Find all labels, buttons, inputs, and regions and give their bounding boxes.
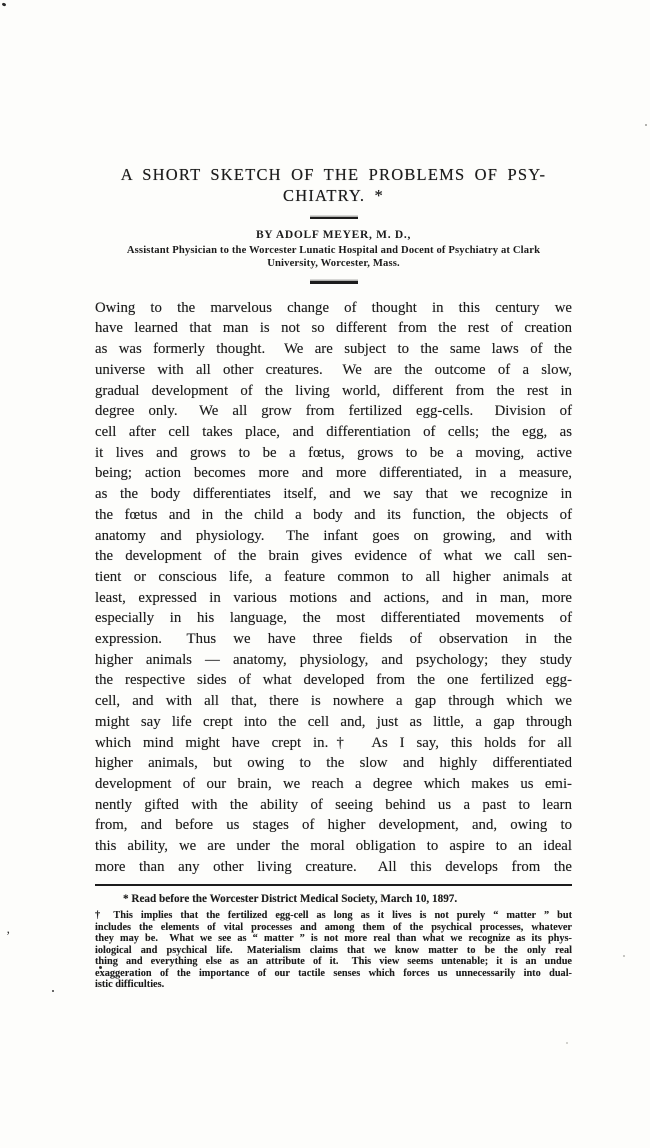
scan-speck — [52, 990, 54, 992]
body-text-line: expression. Thus we have three fields of… — [95, 629, 572, 650]
footnote-text-line: includes the elements of vital processes… — [95, 922, 572, 934]
paper-title: A SHORT SKETCH OF THE PROBLEMS OF PSY- C… — [95, 164, 572, 206]
ornament-rule-bottom — [310, 281, 358, 283]
scan-ink-mark: ’ — [6, 928, 10, 944]
body-paragraph: Owing to the marvelous change of thought… — [95, 298, 572, 878]
body-text-line: nently gifted with the ability of seeing… — [95, 795, 572, 816]
footnote-text-line: istic difficulties. — [95, 979, 572, 991]
ornament-rule-top — [310, 217, 358, 219]
paper-title-line-1: A SHORT SKETCH OF THE PROBLEMS OF PSY- — [121, 165, 546, 184]
text-column: A SHORT SKETCH OF THE PROBLEMS OF PSY- C… — [95, 164, 572, 991]
body-text-line: the fœtus and in the child a body and it… — [95, 505, 572, 526]
body-text-line: cell, and with all that, there is nowher… — [95, 691, 572, 712]
body-text-line: universe with all other creatures. We ar… — [95, 360, 572, 381]
body-text-line: anatomy and physiology. The infant goes … — [95, 526, 572, 547]
body-text-line: more than any other living creature. All… — [95, 857, 572, 878]
body-text-line: being; action becomes more and more diff… — [95, 463, 572, 484]
author-affiliation-line-2: University, Worcester, Mass. — [95, 258, 572, 271]
scanned-document-page: ’ A SHORT SKETCH OF THE PROBLEMS OF PSY-… — [0, 0, 650, 1148]
scan-speck — [623, 955, 625, 957]
body-text-line: cell after cell takes place, and differe… — [95, 422, 572, 443]
body-text-line: especially in his language, the most dif… — [95, 608, 572, 629]
scan-speck — [2, 2, 7, 6]
body-text-line: as was formerly thought. We are subject … — [95, 339, 572, 360]
body-text-line: as the body differentiates itself, and w… — [95, 484, 572, 505]
footnote-dagger-note: † This implies that the fertilized egg-c… — [95, 910, 572, 991]
scan-speck — [566, 1042, 568, 1044]
author-affiliation-line-1: Assistant Physician to the Worcester Lun… — [95, 245, 572, 258]
body-text-line: have learned that man is not so differen… — [95, 318, 572, 339]
paper-title-line-2: CHIATRY. * — [283, 186, 384, 205]
footnote-read-before: * Read before the Worcester District Med… — [95, 893, 572, 906]
body-text-line: degree only. We all grow from fertilized… — [95, 401, 572, 422]
footnote-text-line: thing and everything else as an attribut… — [95, 956, 572, 968]
body-text-line: development of our brain, we reach a deg… — [95, 774, 572, 795]
footnote-text-line: they may be. What we see as “ matter ” i… — [95, 933, 572, 945]
body-text-line: the development of the brain gives evide… — [95, 546, 572, 567]
body-text-line: this ability, we are under the moral obl… — [95, 836, 572, 857]
footnote-separator-rule — [95, 884, 572, 886]
body-text-line: from, and before us stages of higher dev… — [95, 815, 572, 836]
scan-speck — [645, 124, 647, 126]
body-text-line: it lives and grows to be a fœtus, grows … — [95, 443, 572, 464]
body-text-line: might say life crept into the cell and, … — [95, 712, 572, 733]
author-byline: BY ADOLF MEYER, M. D., — [95, 228, 572, 242]
footnote-text-line: iological and psychical life. Materialis… — [95, 945, 572, 957]
body-text-line: Owing to the marvelous change of thought… — [95, 298, 572, 319]
body-text-line: the respective sides of what developed f… — [95, 670, 572, 691]
body-text-line: higher animals, but owing to the slow an… — [95, 753, 572, 774]
body-text-line: gradual development of the living world,… — [95, 381, 572, 402]
body-text-line: tient or conscious life, a feature commo… — [95, 567, 572, 588]
body-text-line: which mind might have crept in.† As I sa… — [95, 733, 572, 754]
footnote-text-line: exaggeration of the importance of our ta… — [95, 968, 572, 980]
body-text-line: least, expressed in various motions and … — [95, 588, 572, 609]
footnote-text-line: † This implies that the fertilized egg-c… — [95, 910, 572, 922]
body-text-line: higher animals — anatomy, physiology, an… — [95, 650, 572, 671]
